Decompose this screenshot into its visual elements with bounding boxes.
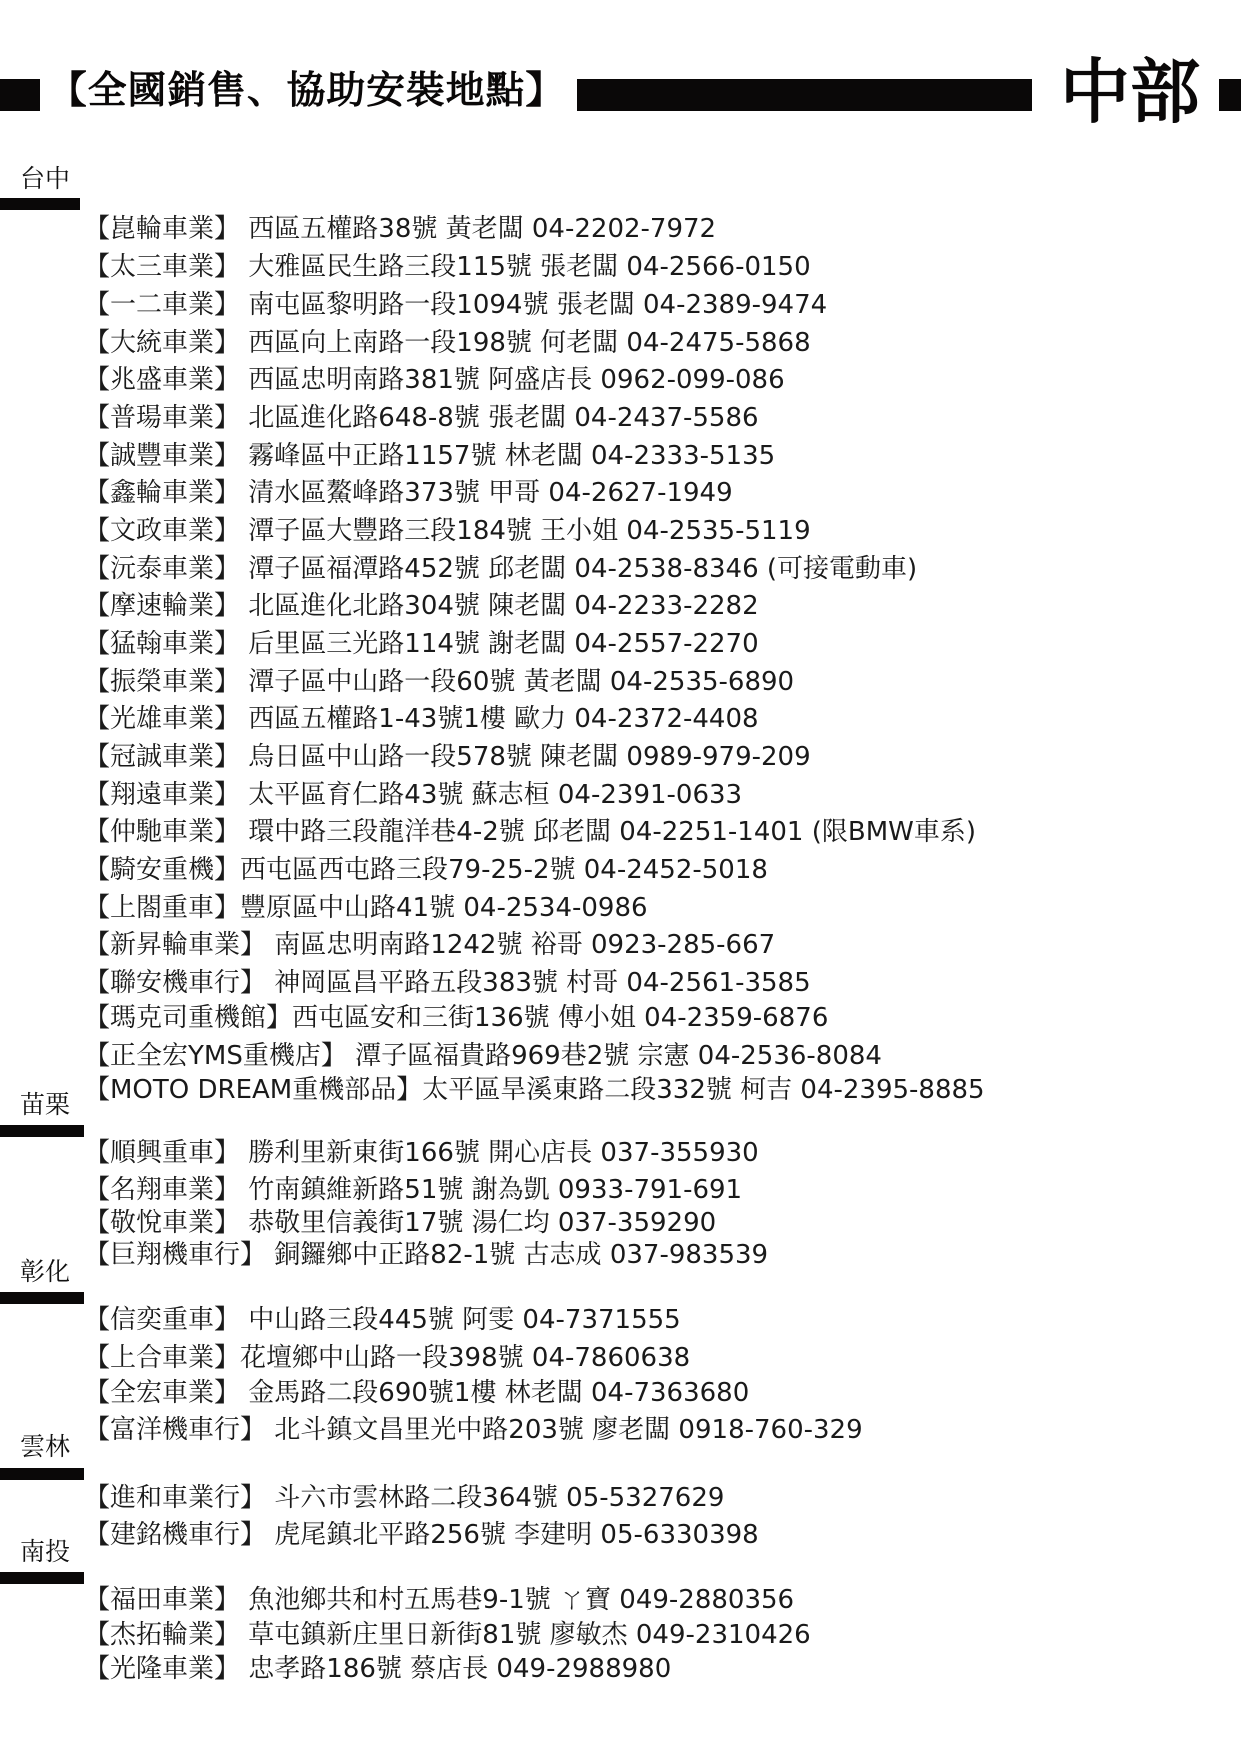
shop-detail: 魚池鄉共和村五馬巷9-1號 ㄚ寶 049-2880356 [248, 1585, 794, 1615]
list-item: 【名翔車業】 竹南鎮維新路51號 謝為凱 0933-791-691 [84, 1175, 742, 1205]
list-item: 【兆盛車業】 西區忠明南路381號 阿盛店長 0962-099-086 [84, 365, 785, 395]
list-item: 【聯安機車行】 神岡區昌平路五段383號 村哥 04-2561-3585 [84, 968, 811, 998]
shop-name: 【鑫輪車業】 [84, 478, 240, 508]
list-item: 【翔遠車業】 太平區育仁路43號 蘇志桓 04-2391-0633 [84, 780, 742, 810]
region-label: 彰化 [20, 1257, 70, 1287]
shop-detail: 后里區三光路114號 謝老闆 04-2557-2270 [248, 629, 758, 659]
shop-name: 【猛翰車業】 [84, 629, 240, 659]
shop-name: 【新昇輪車業】 [84, 930, 266, 960]
list-item: 【全宏車業】 金馬路二段690號1樓 林老闆 04-7363680 [84, 1378, 749, 1408]
shop-detail: 清水區鰲峰路373號 甲哥 04-2627-1949 [248, 478, 732, 508]
shop-name: 【上合車業】 [84, 1343, 240, 1373]
shop-name: 【信奕重車】 [84, 1305, 240, 1335]
shop-detail: 南屯區黎明路一段1094號 張老闆 04-2389-9474 [248, 290, 827, 320]
shop-detail: 西屯區安和三街136號 傅小姐 04-2359-6876 [292, 1003, 828, 1033]
shop-detail: 神岡區昌平路五段383號 村哥 04-2561-3585 [274, 968, 810, 998]
region-underline [0, 1292, 84, 1304]
shop-detail: 潭子區中山路一段60號 黃老闆 04-2535-6890 [248, 667, 794, 697]
list-item: 【新昇輪車業】 南區忠明南路1242號 裕哥 0923-285-667 [84, 930, 775, 960]
shop-name: 【冠誠車業】 [84, 742, 240, 772]
list-item: 【太三車業】 大雅區民生路三段115號 張老闆 04-2566-0150 [84, 252, 811, 282]
shop-name: 【仲馳車業】 [84, 817, 240, 847]
shop-name: 【杰拓輪業】 [84, 1620, 240, 1650]
shop-name: 【崑輪車業】 [84, 214, 240, 244]
list-item: 【順興重車】 勝利里新東街166號 開心店長 037-355930 [84, 1138, 759, 1168]
shop-name: 【一二車業】 [84, 290, 240, 320]
shop-name: 【巨翔機車行】 [84, 1240, 266, 1270]
list-item: 【猛翰車業】 后里區三光路114號 謝老闆 04-2557-2270 [84, 629, 759, 659]
region-underline [0, 198, 80, 210]
shop-detail: 環中路三段龍洋巷4-2號 邱老闆 04-2251-1401 (限BMW車系) [248, 817, 976, 847]
shop-detail: 烏日區中山路一段578號 陳老闆 0989-979-209 [248, 742, 810, 772]
shop-detail: 忠孝路186號 蔡店長 049-2988980 [248, 1654, 671, 1684]
shop-detail: 虎尾鎮北平路256號 李建明 05-6330398 [274, 1520, 758, 1550]
shop-detail: 北斗鎮文昌里光中路203號 廖老闆 0918-760-329 [274, 1415, 862, 1445]
shop-detail: 潭子區福貴路969巷2號 宗憲 04-2536-8084 [355, 1041, 882, 1071]
shop-name: 【振榮車業】 [84, 667, 240, 697]
shop-detail: 銅鑼鄉中正路82-1號 古志成 037-983539 [274, 1240, 768, 1270]
region-label: 南投 [20, 1537, 70, 1567]
header-right-square [1219, 79, 1241, 111]
shop-name: 【上閤重車】 [84, 893, 240, 923]
list-item: 【騎安重機】西屯區西屯路三段79-25-2號 04-2452-5018 [84, 855, 768, 885]
list-item: 【冠誠車業】 烏日區中山路一段578號 陳老闆 0989-979-209 [84, 742, 811, 772]
region-label: 雲林 [20, 1432, 70, 1462]
shop-detail: 太平區育仁路43號 蘇志桓 04-2391-0633 [248, 780, 742, 810]
shop-detail: 西屯區西屯路三段79-25-2號 04-2452-5018 [240, 855, 768, 885]
shop-detail: 北區進化北路304號 陳老闆 04-2233-2282 [248, 591, 758, 621]
shop-name: 【MOTO DREAM重機部品】 [84, 1075, 422, 1105]
shop-name: 【太三車業】 [84, 252, 240, 282]
list-item: 【鑫輪車業】 清水區鰲峰路373號 甲哥 04-2627-1949 [84, 478, 733, 508]
shop-name: 【文政車業】 [84, 516, 240, 546]
shop-detail: 霧峰區中正路1157號 林老闆 04-2333-5135 [248, 441, 775, 471]
list-item: 【文政車業】 潭子區大豐路三段184號 王小姐 04-2535-5119 [84, 516, 811, 546]
header-left-square [0, 79, 40, 111]
header-rule [577, 79, 1032, 111]
list-item: 【杰拓輪業】 草屯鎮新庄里日新街81號 廖敏杰 049-2310426 [84, 1620, 811, 1650]
list-item: 【摩速輪業】 北區進化北路304號 陳老闆 04-2233-2282 [84, 591, 759, 621]
shop-detail: 勝利里新東街166號 開心店長 037-355930 [248, 1138, 758, 1168]
list-item: 【建銘機車行】 虎尾鎮北平路256號 李建明 05-6330398 [84, 1520, 759, 1550]
shop-detail: 北區進化路648-8號 張老闆 04-2437-5586 [248, 403, 758, 433]
list-item: 【瑪克司重機館】西屯區安和三街136號 傅小姐 04-2359-6876 [84, 1003, 828, 1033]
shop-name: 【大統車業】 [84, 328, 240, 358]
shop-name: 【翔遠車業】 [84, 780, 240, 810]
list-item: 【誠豐車業】 霧峰區中正路1157號 林老闆 04-2333-5135 [84, 441, 775, 471]
list-item: 【普瑒車業】 北區進化路648-8號 張老闆 04-2437-5586 [84, 403, 759, 433]
shop-name: 【騎安重機】 [84, 855, 240, 885]
list-item: 【MOTO DREAM重機部品】太平區旱溪東路二段332號 柯吉 04-2395… [84, 1075, 985, 1105]
list-item: 【崑輪車業】 西區五權路38號 黃老闆 04-2202-7972 [84, 214, 716, 244]
list-item: 【福田車業】 魚池鄉共和村五馬巷9-1號 ㄚ寶 049-2880356 [84, 1585, 794, 1615]
shop-detail: 斗六市雲林路二段364號 05-5327629 [274, 1483, 724, 1513]
shop-detail: 西區忠明南路381號 阿盛店長 0962-099-086 [248, 365, 784, 395]
region-underline [0, 1125, 84, 1137]
shop-detail: 太平區旱溪東路二段332號 柯吉 04-2395-8885 [422, 1075, 984, 1105]
shop-name: 【正全宏YMS重機店】 [84, 1041, 347, 1071]
shop-detail: 竹南鎮維新路51號 謝為凱 0933-791-691 [248, 1175, 742, 1205]
shop-name: 【兆盛車業】 [84, 365, 240, 395]
shop-detail: 南區忠明南路1242號 裕哥 0923-285-667 [274, 930, 775, 960]
shop-name: 【建銘機車行】 [84, 1520, 266, 1550]
shop-detail: 大雅區民生路三段115號 張老闆 04-2566-0150 [248, 252, 810, 282]
list-item: 【富洋機車行】 北斗鎮文昌里光中路203號 廖老闆 0918-760-329 [84, 1415, 863, 1445]
shop-name: 【誠豐車業】 [84, 441, 240, 471]
region-underline [0, 1468, 84, 1480]
shop-detail: 西區向上南路一段198號 何老闆 04-2475-5868 [248, 328, 810, 358]
list-item: 【仲馳車業】 環中路三段龍洋巷4-2號 邱老闆 04-2251-1401 (限B… [84, 817, 976, 847]
shop-detail: 金馬路二段690號1樓 林老闆 04-7363680 [248, 1378, 749, 1408]
list-item: 【信奕重車】 中山路三段445號 阿雯 04-7371555 [84, 1305, 681, 1335]
shop-name: 【全宏車業】 [84, 1378, 240, 1408]
list-item: 【光雄車業】 西區五權路1-43號1樓 歐力 04-2372-4408 [84, 704, 759, 734]
shop-name: 【福田車業】 [84, 1585, 240, 1615]
region-heading: 中部 [1060, 52, 1200, 132]
shop-detail: 花壇鄉中山路一段398號 04-7860638 [240, 1343, 690, 1373]
shop-detail: 豐原區中山路41號 04-2534-0986 [240, 893, 648, 923]
shop-name: 【光雄車業】 [84, 704, 240, 734]
region-label: 台中 [20, 164, 70, 194]
list-item: 【巨翔機車行】 銅鑼鄉中正路82-1號 古志成 037-983539 [84, 1240, 768, 1270]
list-item: 【敬悅車業】 恭敬里信義街17號 湯仁均 037-359290 [84, 1208, 716, 1238]
shop-name: 【光隆車業】 [84, 1654, 240, 1684]
shop-detail: 中山路三段445號 阿雯 04-7371555 [248, 1305, 680, 1335]
region-underline [0, 1572, 84, 1584]
shop-detail: 西區五權路38號 黃老闆 04-2202-7972 [248, 214, 716, 244]
shop-name: 【進和車業行】 [84, 1483, 266, 1513]
list-item: 【上閤重車】豐原區中山路41號 04-2534-0986 [84, 893, 648, 923]
shop-detail: 草屯鎮新庄里日新街81號 廖敏杰 049-2310426 [248, 1620, 810, 1650]
list-item: 【沅泰車業】 潭子區福潭路452號 邱老闆 04-2538-8346 (可接電動… [84, 554, 917, 584]
shop-detail: 西區五權路1-43號1樓 歐力 04-2372-4408 [248, 704, 758, 734]
list-item: 【光隆車業】 忠孝路186號 蔡店長 049-2988980 [84, 1654, 671, 1684]
shop-name: 【瑪克司重機館】 [84, 1003, 292, 1033]
list-item: 【正全宏YMS重機店】 潭子區福貴路969巷2號 宗憲 04-2536-8084 [84, 1041, 882, 1071]
shop-detail: 恭敬里信義街17號 湯仁均 037-359290 [248, 1208, 716, 1238]
list-item: 【振榮車業】 潭子區中山路一段60號 黃老闆 04-2535-6890 [84, 667, 794, 697]
shop-name: 【普瑒車業】 [84, 403, 240, 433]
shop-name: 【敬悅車業】 [84, 1208, 240, 1238]
page-title: 【全國銷售、協助安裝地點】 [48, 66, 565, 114]
list-item: 【上合車業】花壇鄉中山路一段398號 04-7860638 [84, 1343, 690, 1373]
list-item: 【進和車業行】 斗六市雲林路二段364號 05-5327629 [84, 1483, 724, 1513]
shop-name: 【摩速輪業】 [84, 591, 240, 621]
shop-detail: 潭子區福潭路452號 邱老闆 04-2538-8346 (可接電動車) [248, 554, 917, 584]
shop-name: 【富洋機車行】 [84, 1415, 266, 1445]
list-item: 【大統車業】 西區向上南路一段198號 何老闆 04-2475-5868 [84, 328, 811, 358]
shop-detail: 潭子區大豐路三段184號 王小姐 04-2535-5119 [248, 516, 810, 546]
shop-name: 【名翔車業】 [84, 1175, 240, 1205]
shop-name: 【聯安機車行】 [84, 968, 266, 998]
region-label: 苗栗 [20, 1090, 70, 1120]
shop-name: 【順興重車】 [84, 1138, 240, 1168]
shop-name: 【沅泰車業】 [84, 554, 240, 584]
list-item: 【一二車業】 南屯區黎明路一段1094號 張老闆 04-2389-9474 [84, 290, 827, 320]
